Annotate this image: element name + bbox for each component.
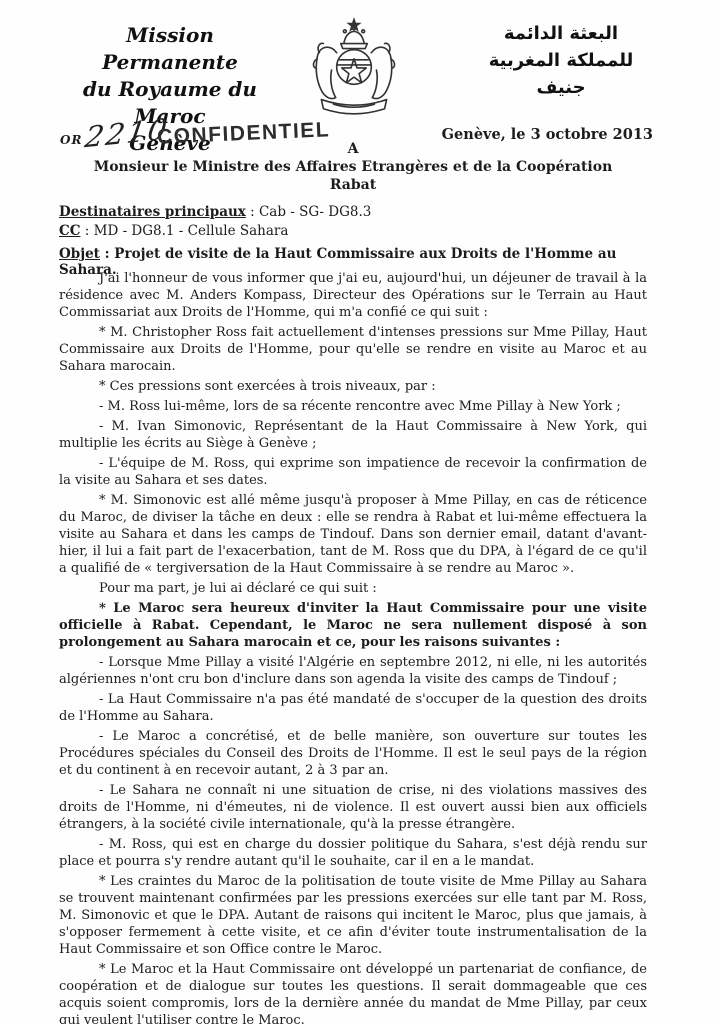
letter-page: Mission Permanente du Royaume du Maroc G… [0, 0, 715, 1024]
body-paragraph: - Le Sahara ne connaît ni une situation … [59, 782, 647, 833]
body-paragraph: * M. Christopher Ross fait actuellement … [59, 324, 647, 375]
body-paragraph: - Le Maroc a concrétisé, et de belle man… [59, 728, 647, 779]
body-paragraph: * M. Simonovic est allé même jusqu'à pro… [59, 492, 647, 577]
body-paragraph: - M. Ross lui-même, lors de sa récente r… [59, 398, 647, 415]
body-paragraph: J'ai l'honneur de vous informer que j'ai… [59, 270, 647, 321]
body-paragraph: * Ces pressions sont exercées à trois ni… [59, 378, 647, 395]
sender-line-arabic: للمملكة المغربية [452, 47, 670, 74]
body-paragraph: - La Haut Commissaire n'a pas été mandat… [59, 691, 647, 725]
recipients-value: : Cab - SG- DG8.3 [246, 204, 372, 220]
sender-line: Mission Permanente [64, 22, 276, 76]
sender-block-arabic: البعثة الدائمة للمملكة المغربية جنيف [452, 20, 670, 101]
sender-line-arabic: جنيف [452, 74, 670, 101]
body-paragraph: * Les craintes du Maroc de la politisati… [59, 873, 647, 958]
addressee-to: A [59, 140, 647, 158]
addressee-city: Rabat [59, 176, 647, 194]
body-paragraph: * Le Maroc et la Haut Commissaire ont dé… [59, 961, 647, 1024]
body-paragraph: - Lorsque Mme Pillay a visité l'Algérie … [59, 654, 647, 688]
body-paragraph: - M. Ross, qui est en charge du dossier … [59, 836, 647, 870]
body-paragraph: Pour ma part, je lui ai déclaré ce qui s… [59, 580, 647, 597]
morocco-coat-of-arms-icon [303, 16, 405, 122]
addressee-recipient: Monsieur le Ministre des Affaires Etrang… [59, 158, 647, 176]
cc-value: : MD - DG8.1 - Cellule Sahara [81, 223, 289, 239]
body-paragraph-emphasis: * Le Maroc sera heureux d'inviter la Hau… [59, 600, 647, 651]
body-paragraph: - M. Ivan Simonovic, Représentant de la … [59, 418, 647, 452]
cc-label: CC [59, 223, 81, 239]
routing-block: Destinataires principaux : Cab - SG- DG8… [59, 203, 371, 240]
recipients-line: Destinataires principaux : Cab - SG- DG8… [59, 203, 371, 222]
recipients-label: Destinataires principaux [59, 204, 246, 220]
addressee-block: A Monsieur le Ministre des Affaires Etra… [59, 140, 647, 194]
letter-body: J'ai l'honneur de vous informer que j'ai… [59, 270, 647, 1024]
cc-line: CC : MD - DG8.1 - Cellule Sahara [59, 222, 371, 241]
body-paragraph: - L'équipe de M. Ross, qui exprime son i… [59, 455, 647, 489]
sender-line-arabic: البعثة الدائمة [452, 20, 670, 47]
subject-label: Objet [59, 246, 100, 262]
